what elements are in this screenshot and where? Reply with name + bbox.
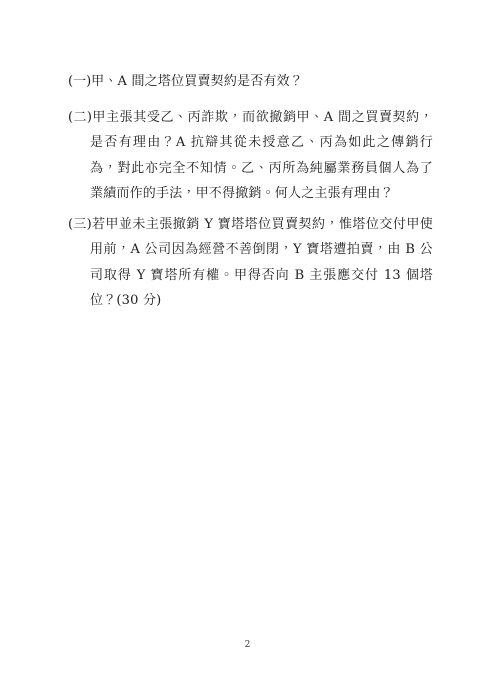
question-item-2: (二)甲主張其受乙、丙詐欺，而欲撤銷甲、A 間之買賣契約，是否有理由？A 抗辯其…: [68, 105, 433, 207]
question-marker-1: (一): [68, 74, 91, 89]
document-page: (一)甲、A 間之塔位買賣契約是否有效？ (二)甲主張其受乙、丙詐欺，而欲撤銷甲…: [0, 0, 495, 700]
question-marker-3: (三): [68, 217, 92, 232]
question-item-3: (三)若甲並未主張撤銷 Y 寶塔塔位買賣契約，惟塔位交付甲使用前，A 公司因為經…: [68, 212, 433, 314]
question-item-1: (一)甲、A 間之塔位買賣契約是否有效？: [68, 69, 433, 95]
question-list: (一)甲、A 間之塔位買賣契約是否有效？ (二)甲主張其受乙、丙詐欺，而欲撤銷甲…: [68, 69, 433, 314]
question-text-2: 甲主張其受乙、丙詐欺，而欲撤銷甲、A 間之買賣契約，是否有理由？A 抗辯其從未授…: [90, 110, 433, 202]
question-text-1: 甲、A 間之塔位買賣契約是否有效？: [91, 74, 303, 89]
page-number: 2: [0, 639, 495, 651]
question-text-3: 若甲並未主張撤銷 Y 寶塔塔位買賣契約，惟塔位交付甲使用前，A 公司因為經營不善…: [90, 217, 433, 309]
question-marker-2: (二): [68, 110, 92, 125]
